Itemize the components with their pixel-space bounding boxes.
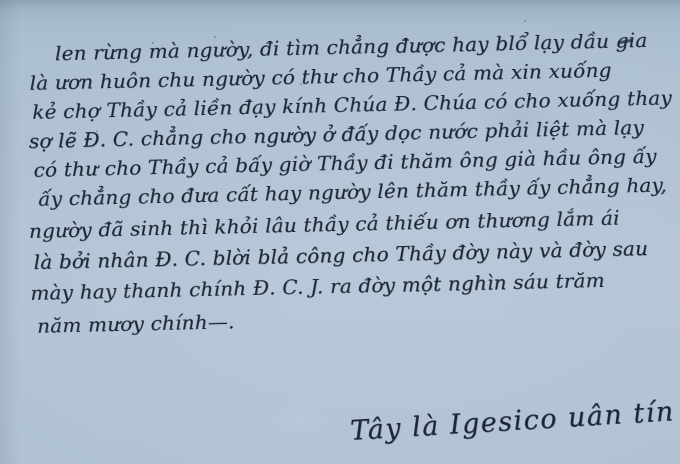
ink-speck <box>300 83 302 85</box>
ink-speck <box>524 20 526 22</box>
ink-speck <box>152 42 154 44</box>
signature-line: Tây là Igesico uân tín <box>349 396 675 447</box>
ink-speck <box>96 130 98 132</box>
letter-page: len rừng mà ngườy, đi tìm chẳng được hay… <box>0 0 680 464</box>
letter-text: len rừng mà ngườy, đi tìm chẳng được hay… <box>25 25 676 341</box>
ink-speck <box>214 36 216 38</box>
